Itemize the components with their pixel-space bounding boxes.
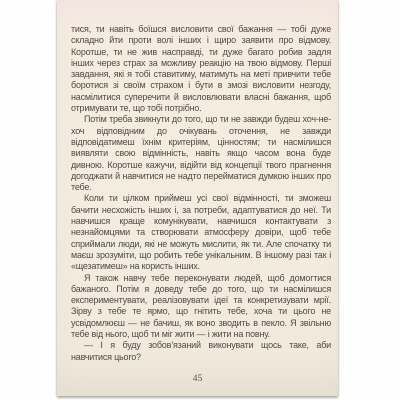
body-text: тися, ти навіть боїшся висловити свої ба… [71,24,331,363]
page-number: 45 [57,374,338,384]
scanned-book-photo: тися, ти навіть боїшся висловити свої ба… [0,0,400,400]
paragraph: Потім треба звикнути до того, що ти не з… [71,114,331,193]
paragraph: Коли ти цілком приймеш усі свої відмінно… [71,193,331,272]
paragraph-dialogue: — І я буду зобов’язаний виконувати щось … [71,340,331,363]
book-page: тися, ти навіть боїшся висловити свої ба… [57,0,338,396]
paragraph: Я також навчу тебе переконувати людей, щ… [71,273,331,341]
paragraph-continuation: тися, ти навіть боїшся висловити свої ба… [71,24,331,114]
